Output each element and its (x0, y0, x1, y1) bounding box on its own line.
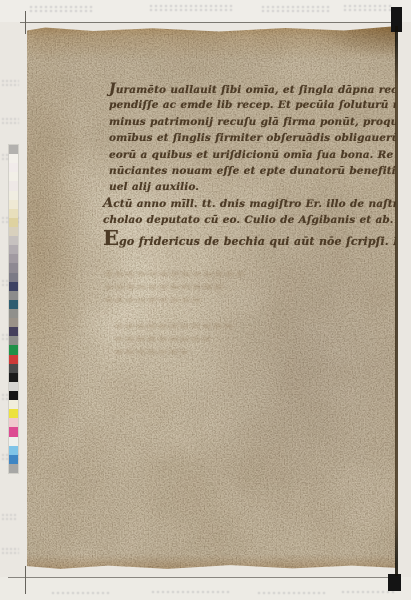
color-patch (9, 172, 18, 181)
color-patch (9, 263, 18, 272)
ghost-mark (2, 116, 19, 126)
fiducial-square-bottom-right (388, 574, 401, 591)
ghost-mark (344, 3, 392, 13)
color-patch (9, 273, 18, 282)
ghost-mark (2, 546, 19, 556)
ghost-mark (30, 4, 92, 14)
ghost-mark (262, 4, 332, 14)
manuscript-line: pendiſſe ac emde lib recep. Et pecūia ſo… (109, 97, 373, 113)
color-patch (9, 200, 18, 209)
color-patch (9, 418, 18, 427)
ghost-mark (52, 590, 110, 596)
color-patch (9, 464, 18, 473)
manuscript-page: Juramēto uallauit ſibi omīa, et ſingla d… (27, 25, 396, 570)
ghost-mark (2, 78, 19, 88)
color-calibration-strip (9, 145, 18, 473)
verso-bleed-through (105, 263, 245, 311)
manuscript-line: uel alij auxilio. (109, 179, 373, 195)
color-patch (9, 409, 18, 418)
manuscript-line: cholao deputato cū eo. Culio de Aſgibani… (103, 212, 373, 228)
color-patch (9, 154, 18, 163)
color-patch (9, 227, 18, 236)
manuscript-line: omībus et ſinglis firmiter obſeruādis ob… (109, 130, 373, 146)
color-patch (9, 437, 18, 446)
manuscript-line: Juramēto uallauit ſibi omīa, et ſingla d… (109, 81, 373, 97)
color-patch (9, 455, 18, 464)
color-patch (9, 218, 18, 227)
color-patch (9, 336, 18, 345)
manuscript-line: eorū a quibus et uriſdicionū omīa ſua bo… (109, 147, 373, 163)
scan-viewport: Juramēto uallauit ſibi omīa, et ſingla d… (0, 0, 411, 600)
color-patch (9, 355, 18, 364)
color-patch (9, 327, 18, 336)
crop-line-top (20, 22, 397, 23)
color-patch (9, 309, 18, 318)
ghost-mark (152, 589, 232, 595)
manuscript-text-block: Juramēto uallauit ſibi omīa, et ſingla d… (103, 81, 373, 247)
manuscript-line: nūciantes nouam eſſe et epte dunatorū be… (109, 163, 373, 179)
color-patch (9, 291, 18, 300)
manuscript-line: minus patrimonij recuſu glā firma ponūt,… (109, 114, 373, 130)
color-patch (9, 400, 18, 409)
color-patch (9, 427, 18, 436)
page-edge-shadow-right (395, 26, 398, 576)
color-patch (9, 145, 18, 154)
ghost-mark (150, 3, 232, 13)
color-patch (9, 446, 18, 455)
color-patch (9, 282, 18, 291)
crop-line-bottom (8, 577, 390, 578)
color-patch (9, 236, 18, 245)
crop-cross-top-left (25, 11, 26, 34)
color-patch (9, 391, 18, 400)
verso-bleed-through (115, 315, 235, 363)
color-patch (9, 163, 18, 172)
color-patch (9, 245, 18, 254)
ghost-mark (2, 512, 18, 522)
manuscript-line: Actū anno mīll. tt. dnis magiſtro Er. il… (103, 196, 373, 212)
color-patch (9, 318, 18, 327)
color-patch (9, 373, 18, 382)
ghost-mark (258, 590, 326, 596)
color-patch (9, 364, 18, 373)
manuscript-line: Ego fridericus de bechia qui aūt nōe ſcr… (103, 229, 373, 247)
color-patch (9, 254, 18, 263)
color-patch (9, 300, 18, 309)
color-patch (9, 181, 18, 190)
color-patch (9, 191, 18, 200)
color-patch (9, 209, 18, 218)
crop-cross-bottom-left (25, 566, 26, 594)
color-patch (9, 382, 18, 391)
color-patch (9, 345, 18, 354)
